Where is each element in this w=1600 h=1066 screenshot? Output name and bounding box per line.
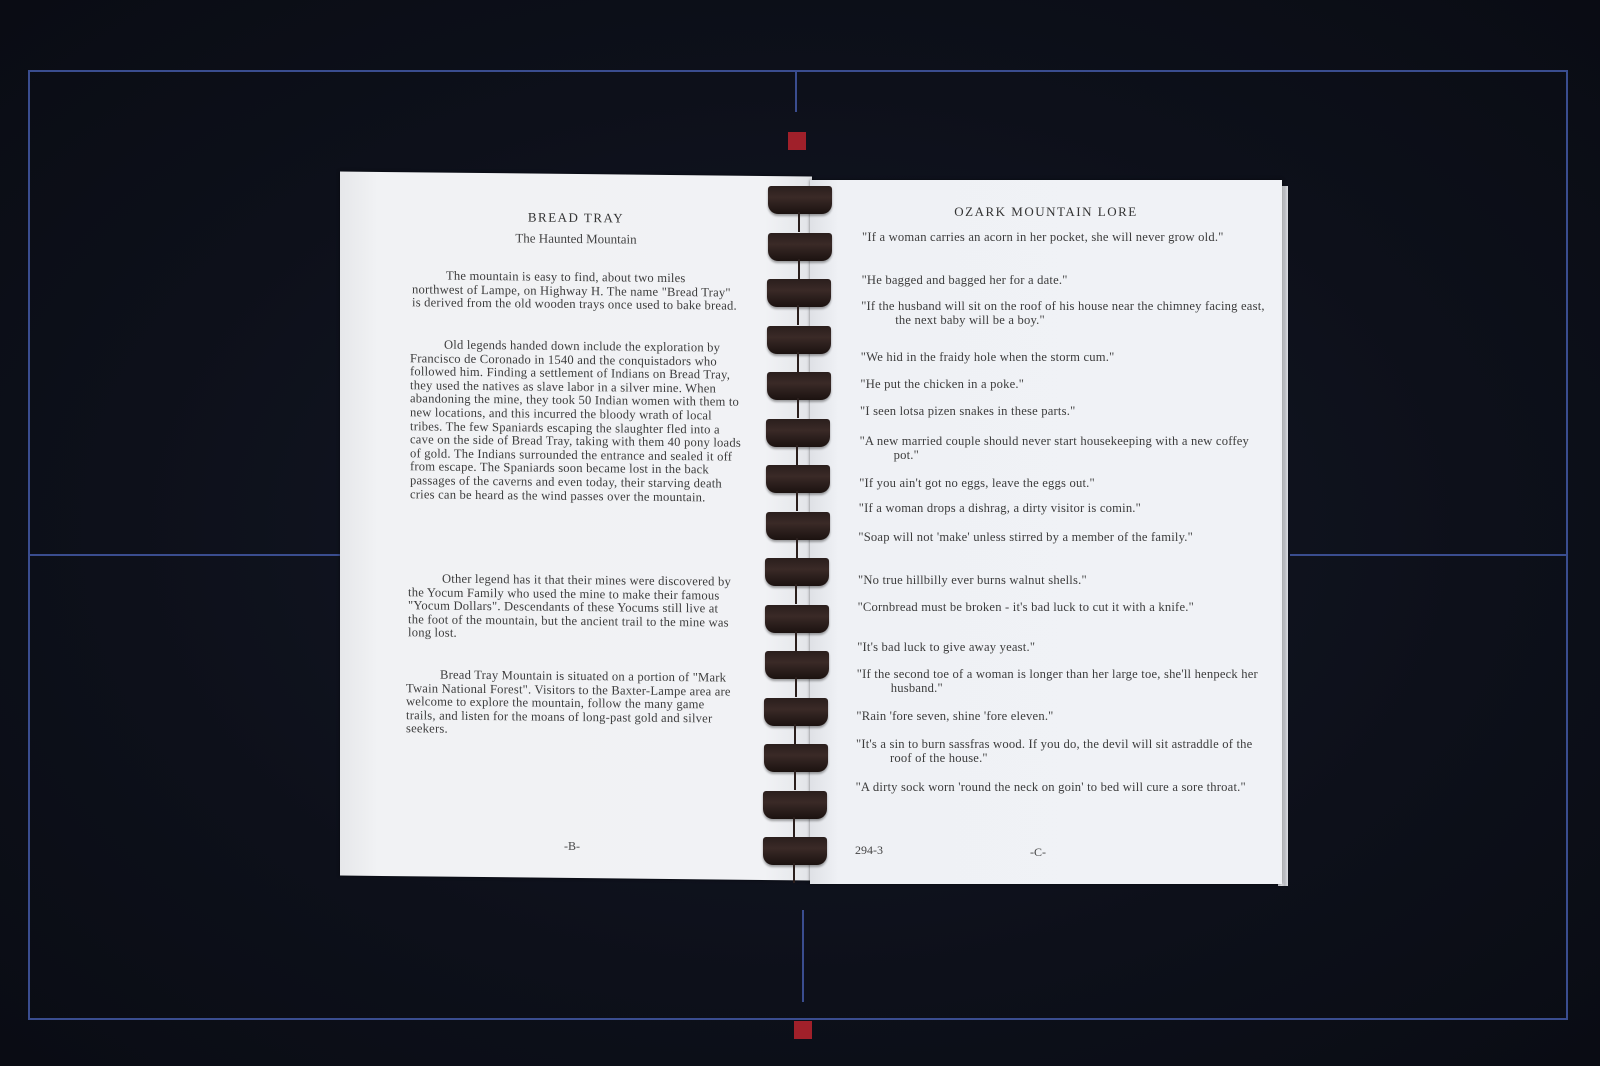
frame-bottom-line — [28, 1018, 1568, 1020]
saying-item: "If you ain't got no eggs, leave the egg… — [859, 476, 1268, 490]
binding-coil — [768, 233, 832, 261]
binding-coil — [765, 605, 829, 633]
binding-coil — [766, 512, 830, 540]
saying-item: "If the husband will sit on the roof of … — [861, 299, 1270, 327]
saying-item: "He put the chicken in a poke." — [860, 377, 1269, 391]
saying-item: "If a woman drops a dishrag, a dirty vis… — [859, 501, 1268, 515]
binding-coil — [766, 465, 830, 493]
left-page-subtitle: The Haunted Mountain — [340, 229, 812, 250]
binding-coil — [766, 419, 830, 447]
binding-coil — [763, 791, 827, 819]
registration-marker-top — [788, 132, 806, 150]
saying-item: "Soap will not 'make' unless stirred by … — [858, 530, 1267, 544]
page-code: 294-3 — [855, 843, 883, 858]
binding-coil — [763, 837, 827, 865]
left-page-title: BREAD TRAY — [340, 208, 812, 229]
saying-item: "It's bad luck to give away yeast." — [857, 640, 1266, 654]
saying-item: "If the second toe of a woman is longer … — [857, 667, 1266, 695]
frame-mid-left-line — [28, 554, 348, 556]
binding-coil — [768, 186, 832, 214]
frame-left-line — [28, 70, 30, 1020]
right-page-number: -C- — [1030, 845, 1046, 860]
frame-mid-right-line — [1290, 554, 1568, 556]
binding-coil — [767, 372, 831, 400]
paragraph-4: Bread Tray Mountain is situated on a por… — [406, 668, 732, 739]
binding-coil — [764, 698, 828, 726]
binding-coil — [767, 326, 831, 354]
registration-marker-bottom — [794, 1021, 812, 1039]
paragraph-3: Other legend has it that their mines wer… — [408, 572, 734, 643]
right-page: OZARK MOUNTAIN LORE "If a woman carries … — [810, 180, 1282, 884]
binding-coil — [764, 744, 828, 772]
saying-item: "Cornbread must be broken - it's bad luc… — [858, 600, 1267, 614]
frame-top-line — [28, 70, 1568, 72]
frame-center-bottom-tick — [802, 910, 804, 1002]
paragraph-1: The mountain is easy to find, about two … — [412, 269, 738, 313]
left-page-number: -B- — [564, 839, 580, 854]
saying-item: "A new married couple should never start… — [860, 434, 1269, 462]
left-page: BREAD TRAY The Haunted Mountain The moun… — [340, 172, 812, 881]
binding-coil — [767, 279, 831, 307]
frame-center-top-tick — [795, 70, 797, 112]
right-page-title: OZARK MOUNTAIN LORE — [810, 204, 1282, 220]
saying-item: "If a woman carries an acorn in her pock… — [862, 230, 1271, 244]
saying-item: "It's a sin to burn sassfras wood. If yo… — [856, 737, 1265, 765]
frame-right-line — [1566, 70, 1568, 1020]
saying-item: "Rain 'fore seven, shine 'fore eleven." — [856, 709, 1265, 723]
binding-coil — [765, 651, 829, 679]
saying-item: "No true hillbilly ever burns walnut she… — [858, 573, 1267, 587]
saying-item: "A dirty sock worn 'round the neck on go… — [856, 780, 1265, 794]
binding-coil — [765, 558, 829, 586]
saying-item: "We hid in the fraidy hole when the stor… — [861, 350, 1270, 364]
saying-item: "I seen lotsa pizen snakes in these part… — [860, 404, 1269, 418]
saying-item: "He bagged and bagged her for a date." — [862, 273, 1271, 287]
spiral-bound-booklet: BREAD TRAY The Haunted Mountain The moun… — [340, 172, 1288, 894]
paragraph-2: Old legends handed down include the expl… — [410, 338, 746, 505]
